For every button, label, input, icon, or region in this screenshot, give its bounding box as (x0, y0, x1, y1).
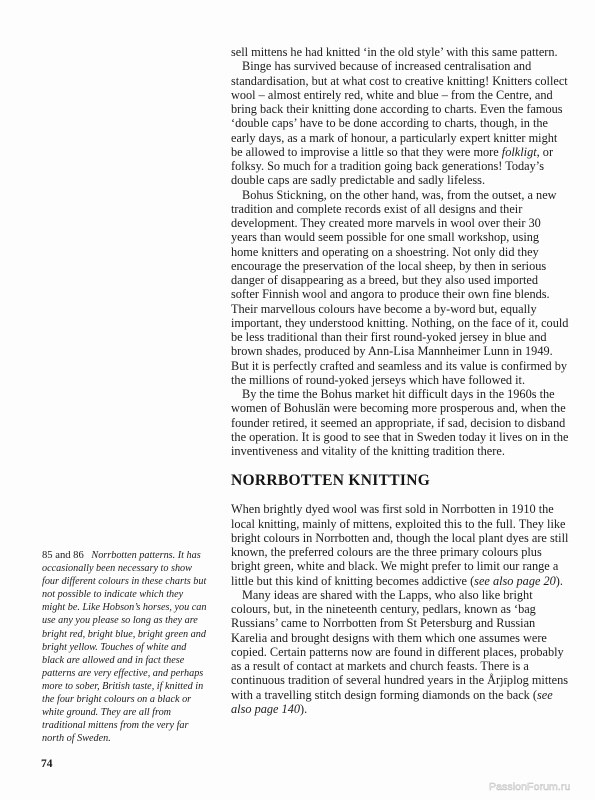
main-text-column: sell mittens he had knitted ‘in the old … (231, 45, 569, 716)
paragraph-text: Many ideas are shared with the Lapps, wh… (231, 588, 568, 702)
paragraph-bohus-stickning: Bohus Stickning, on the other hand, was,… (231, 188, 569, 388)
paragraph-text: sell mittens he had knitted ‘in the old … (231, 45, 558, 59)
caption-text: Norrbotten patterns. It has occasionally… (42, 550, 207, 744)
page-number: 74 (41, 758, 53, 770)
paragraph-text: ). (300, 702, 307, 716)
paragraph-binge: Binge has survived because of increased … (231, 59, 569, 187)
paragraph-text: ). (556, 574, 563, 588)
paragraph-text: Bohus Stickning, on the other hand, was,… (231, 188, 568, 387)
paragraph-continuation: sell mittens he had knitted ‘in the old … (231, 45, 569, 59)
cross-reference: see also page 20 (474, 574, 556, 588)
book-page: sell mittens he had knitted ‘in the old … (0, 0, 595, 800)
paragraph-text: By the time the Bohus market hit difficu… (231, 387, 568, 458)
paragraph-norrbotten-wool: When brightly dyed wool was first sold i… (231, 502, 569, 588)
watermark: PassionForum.ru (489, 781, 570, 793)
italic-term: folkligt (502, 145, 537, 159)
paragraph-bohus-market: By the time the Bohus market hit difficu… (231, 387, 569, 458)
paragraph-lapps: Many ideas are shared with the Lapps, wh… (231, 588, 569, 716)
figure-numbers: 85 and 86 (42, 550, 84, 561)
section-heading: NORRBOTTEN KNITTING (231, 472, 569, 490)
figure-caption: 85 and 86 Norrbotten patterns. It has oc… (42, 549, 207, 745)
